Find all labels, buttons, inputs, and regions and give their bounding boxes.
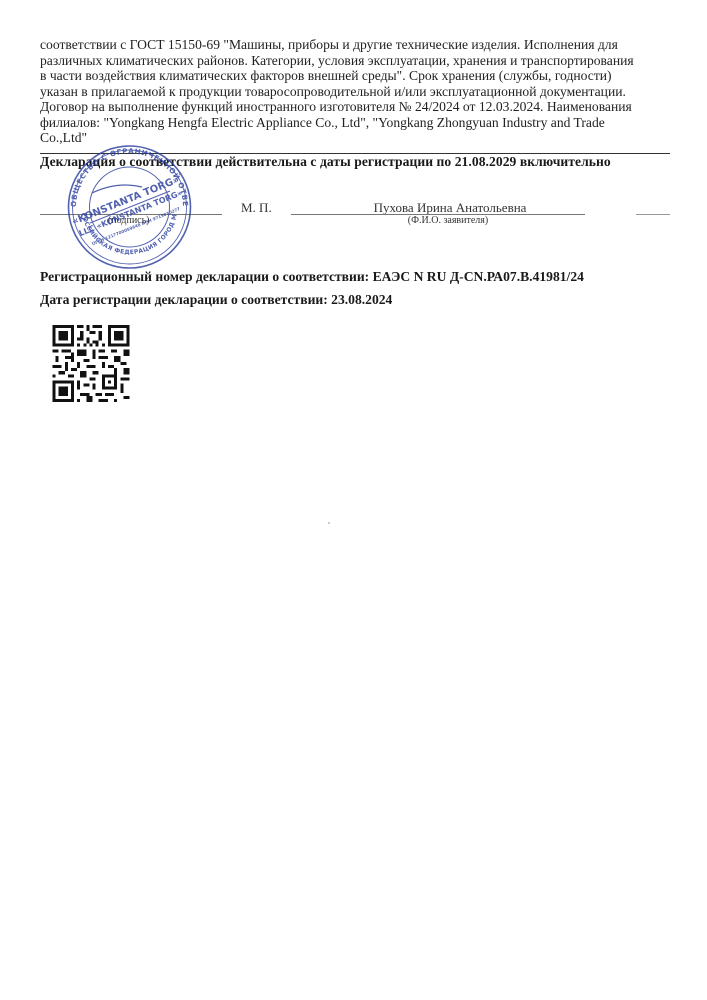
- declaration-page: соответствии с ГОСТ 15150-69 "Машины, пр…: [0, 0, 707, 1000]
- body-line: указан в прилагаемой к продукции товарос…: [40, 84, 680, 100]
- seal-label: М. П.: [241, 200, 272, 216]
- body-line: различных климатических районов. Категор…: [40, 53, 680, 69]
- scan-artifact: [328, 522, 330, 524]
- body-line: соответствии с ГОСТ 15150-69 "Машины, пр…: [40, 37, 680, 53]
- applicant-caption: (Ф.И.О. заявителя): [291, 215, 585, 226]
- body-line: Договор на выполнение функций иностранно…: [40, 99, 680, 115]
- trailing-line: [636, 214, 670, 215]
- registration-number: Регистрационный номер декларации о соотв…: [40, 269, 584, 285]
- company-stamp-icon: ОБЩЕСТВО С ОГРАНИЧЕННОЙ ОТВЕТСТВЕННОСТЬЮ…: [62, 143, 197, 271]
- registration-date: Дата регистрации декларации о соответств…: [40, 292, 392, 308]
- body-line: в части воздействия климатических фактор…: [40, 68, 680, 84]
- qr-code-icon: [52, 325, 130, 402]
- declaration-body-text: соответствии с ГОСТ 15150-69 "Машины, пр…: [40, 37, 680, 146]
- body-line: филиалов: "Yongkang Hengfa Electric Appl…: [40, 115, 680, 131]
